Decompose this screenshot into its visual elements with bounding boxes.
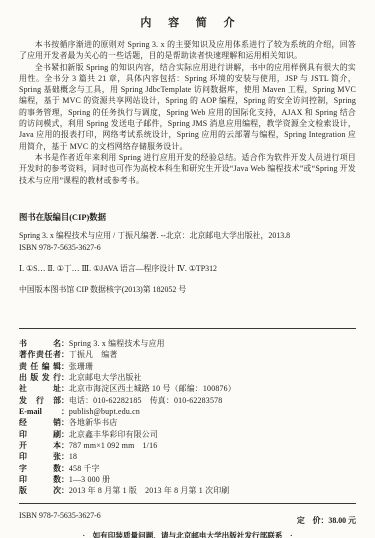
colophon-label: 版次 (19, 485, 61, 496)
colophon-value: 458 千字 (69, 464, 100, 473)
book-copyright-page: 内 容 简 介 本书按循序渐进的原则对 Spring 3. x 的主要知识及应用… (0, 0, 375, 538)
colophon-label: 书名 (19, 338, 61, 349)
colophon-value: 电话：010-62282185 传真：010-62283578 (69, 396, 223, 405)
footer-isbn: ISBN 978-7-5635-3627-6 (19, 511, 101, 520)
colophon-value: 各地新华书店 (69, 418, 118, 427)
colophon-separator: ： (61, 441, 69, 450)
colophon-separator: ： (61, 418, 69, 427)
colophon-row: 印数：1—3 000 册 (19, 474, 356, 485)
colophon-separator: ： (61, 384, 69, 393)
colophon-row: 开本：787 mm×1 092 mm 1/16 (19, 440, 356, 451)
colophon-label: 出版发行 (19, 372, 61, 383)
colophon-row: 社址：北京市海淀区西土城路 10 号（邮编：100876） (19, 383, 356, 394)
colophon-value: 北京邮电大学出版社 (69, 373, 142, 382)
content-summary-title: 内 容 简 介 (19, 14, 356, 30)
colophon-separator: ： (61, 407, 69, 416)
colophon-separator: ： (61, 475, 69, 484)
colophon-value: 18 (69, 452, 77, 461)
colophon-row: 责任编辑：张珊珊 (19, 361, 356, 372)
colophon-value: 787 mm×1 092 mm 1/16 (69, 441, 157, 450)
cip-title-line: Spring 3. x 编程技术与应用 / 丁振凡编著. --北京：北京邮电大学… (19, 230, 356, 243)
colophon-row: 经销：各地新华书店 (19, 417, 356, 428)
colophon-separator: ： (61, 362, 69, 371)
colophon-label: 字数 (19, 463, 61, 474)
colophon-separator: ： (61, 373, 69, 382)
colophon-row: 印刷：北京鑫丰华彩印有限公司 (19, 429, 356, 440)
colophon-row: 发行部：电话：010-62282185 传真：010-62283578 (19, 395, 356, 406)
cip-header: 图书在版编目(CIP)数据 (19, 211, 356, 223)
cip-record-line: 中国版本图书馆 CIP 数据核字(2013)第 182052 号 (19, 284, 356, 297)
colophon-value: 北京市海淀区西土城路 10 号（邮编：100876） (69, 384, 236, 393)
content-summary: 本书按循序渐进的原则对 Spring 3. x 的主要知识及应用体系进行了较为系… (19, 39, 356, 186)
colophon-separator: ： (61, 464, 69, 473)
colophon-separator: ： (61, 486, 69, 495)
summary-paragraph: 本书是作者近年来利用 Spring 进行应用开发的经验总结。适合作为软件开发人员… (19, 152, 356, 186)
colophon-row: 版次：2013 年 8 月第 1 版 2013 年 8 月第 1 次印刷 (19, 485, 356, 496)
colophon-value: 1—3 000 册 (69, 475, 110, 484)
colophon-row: 字数：458 千字 (19, 463, 356, 474)
footer-row: ISBN 978-7-5635-3627-6 定 价：38.00 元 (19, 511, 356, 526)
colophon: 书名：Spring 3. x 编程技术与应用 著作责任者：丁振凡 编著 责任编辑… (19, 338, 356, 497)
colophon-separator: ： (61, 452, 69, 461)
colophon-value: 北京鑫丰华彩印有限公司 (69, 430, 158, 439)
colophon-label: 发行部 (19, 395, 61, 406)
colophon-label: 经销 (19, 417, 61, 428)
colophon-value: Spring 3. x 编程技术与应用 (69, 339, 165, 348)
divider-rule-top (19, 328, 356, 329)
cip-data-block: 图书在版编目(CIP)数据 Spring 3. x 编程技术与应用 / 丁振凡编… (19, 211, 356, 297)
cip-classification-line: Ⅰ. ①S… Ⅱ. ①丁… Ⅲ. ①JAVA 语言—程序设计 Ⅳ. ①TP312 (19, 263, 356, 276)
colophon-separator: ： (61, 430, 69, 439)
colophon-label: 社址 (19, 383, 61, 394)
colophon-label: 印张 (19, 451, 61, 462)
colophon-value: 张珊珊 (69, 362, 93, 371)
colophon-value: 丁振凡 编著 (69, 350, 118, 359)
footer-price: 定 价：38.00 元 (297, 515, 356, 526)
divider-rule-bottom (19, 503, 356, 504)
colophon-row: 著作责任者：丁振凡 编著 (19, 349, 356, 360)
colophon-value: 2013 年 8 月第 1 版 2013 年 8 月第 1 次印刷 (69, 486, 229, 495)
colophon-value: publish@bupt.edu.cn (69, 407, 140, 416)
colophon-label: 开本 (19, 440, 61, 451)
colophon-row: 出版发行：北京邮电大学出版社 (19, 372, 356, 383)
colophon-row: E-mail：publish@bupt.edu.cn (19, 406, 356, 417)
colophon-label: E-mail (19, 406, 61, 417)
colophon-label: 印数 (19, 474, 61, 485)
colophon-row: 书名：Spring 3. x 编程技术与应用 (19, 338, 356, 349)
colophon-separator: ： (61, 396, 69, 405)
cip-isbn-line: ISBN 978-7-5635-3627-6 (19, 242, 356, 255)
colophon-label: 责任编辑 (19, 361, 61, 372)
quality-notice: · 如有印装质量问题，请与北京邮电大学出版社发行部联系 · (19, 530, 356, 538)
colophon-row: 印张：18 (19, 451, 356, 462)
colophon-separator: ： (61, 339, 69, 348)
colophon-label: 著作责任者 (19, 349, 61, 360)
summary-paragraph: 全书紧扣新版 Spring 的知识内容，结合实际应用进行讲解，书中的应用样例具有… (19, 62, 356, 152)
colophon-separator: ： (61, 350, 69, 359)
summary-paragraph: 本书按循序渐进的原则对 Spring 3. x 的主要知识及应用体系进行了较为系… (19, 39, 356, 62)
colophon-label: 印刷 (19, 429, 61, 440)
